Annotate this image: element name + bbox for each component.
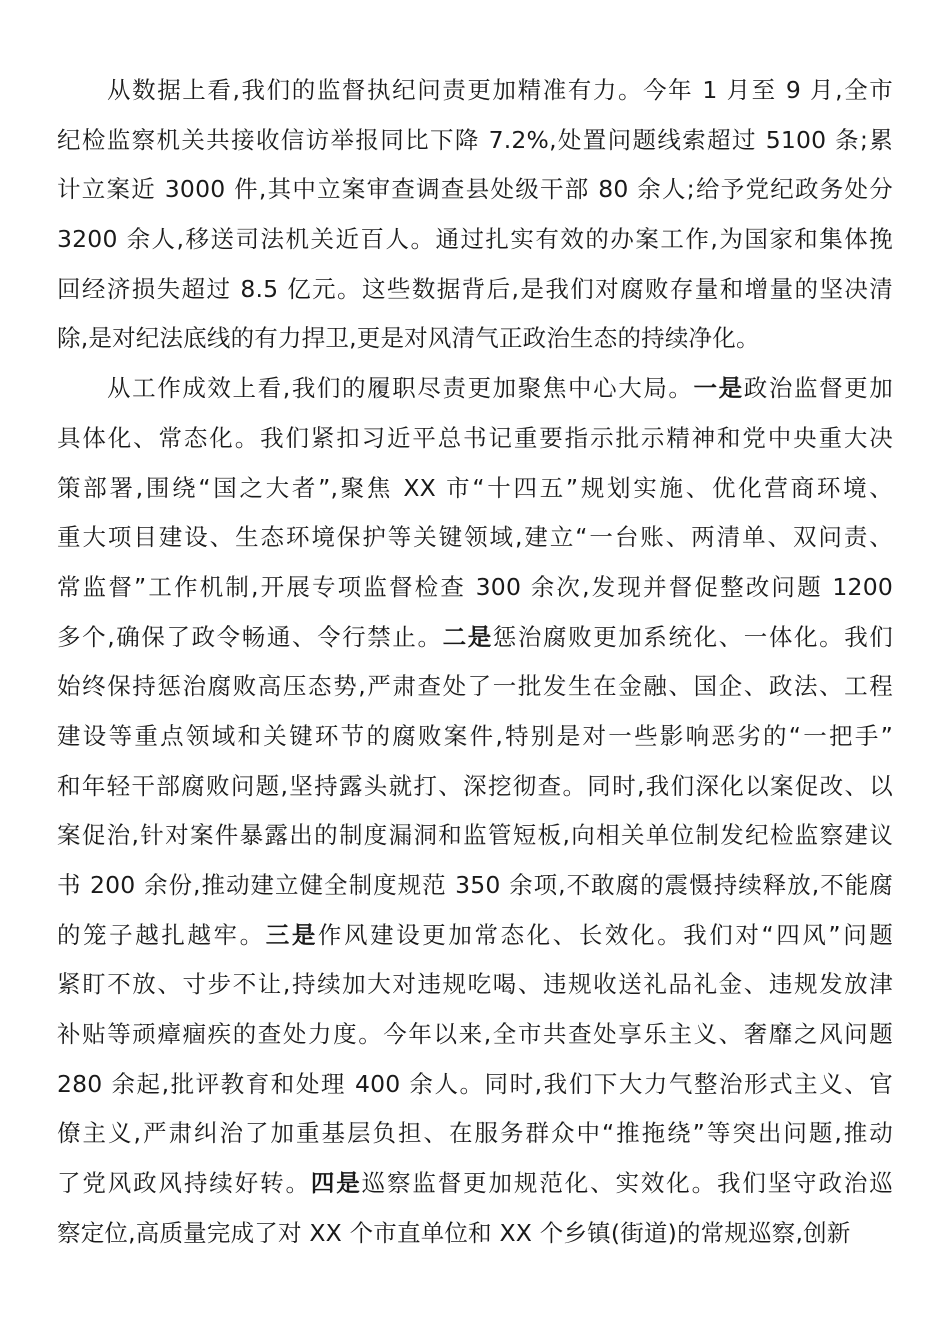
text-line: 策部署,围绕“国之大者”,聚焦 XX 市“十四五”规划实施、优化营商环境、 [57,464,893,514]
text-run: 纪检监察机关共接收信访举报同比下降 7.2%,处置问题线索超过 5100 条;累 [57,126,893,154]
text-line: 和年轻干部腐败问题,坚持露头就打、深挖彻查。同时,我们深化以案促改、以 [57,762,893,812]
text-run: 察定位,高质量完成了对 XX 个市直单位和 XX 个乡镇(街道)的常规巡察,创新 [57,1219,851,1247]
text-line: 常监督”工作机制,开展专项监督检查 300 余次,发现并督促整改问题 1200 [57,563,893,613]
text-line: 补贴等顽瘴痼疾的查处力度。今年以来,全市共查处享乐主义、奢靡之风问题 [57,1010,893,1060]
bold-ordinal-marker: 二是 [443,623,493,651]
text-line: 纪检监察机关共接收信访举报同比下降 7.2%,处置问题线索超过 5100 条;累 [57,116,893,166]
text-line: 僚主义,严肃纠治了加重基层负担、在服务群众中“推拖绕”等突出问题,推动 [57,1109,893,1159]
text-line: 3200 余人,移送司法机关近百人。通过扎实有效的办案工作,为国家和集体挽 [57,215,893,265]
text-run: 除,是对纪法底线的有力捍卫,更是对风清气正政治生态的持续净化。 [57,324,760,352]
text-line: 的笼子越扎越牢。三是作风建设更加常态化、长效化。我们对“四风”问题 [57,911,893,961]
text-run: 书 200 余份,推动建立健全制度规范 350 余项,不敢腐的震慑持续释放,不能… [57,871,893,899]
text-line: 书 200 余份,推动建立健全制度规范 350 余项,不敢腐的震慑持续释放,不能… [57,861,893,911]
text-line: 回经济损失超过 8.5 亿元。这些数据背后,是我们对腐败存量和增量的坚决清 [57,265,893,315]
text-run: 案促治,针对案件暴露出的制度漏洞和监管短板,向相关单位制发纪检监察建议 [57,821,893,849]
text-run: 紧盯不放、寸步不让,持续加大对违规吃喝、违规收送礼品礼金、违规发放津 [57,970,893,998]
text-line: 280 余起,批评教育和处理 400 余人。同时,我们下大力气整治形式主义、官 [57,1060,893,1110]
text-run: 惩治腐败更加系统化、一体化。我们 [493,623,893,651]
text-run: 多个,确保了政令畅通、令行禁止。 [57,623,443,651]
text-run: 重大项目建设、生态环境保护等关键领域,建立“一台账、两清单、双问责、 [57,523,893,551]
text-run: 补贴等顽瘴痼疾的查处力度。今年以来,全市共查处享乐主义、奢靡之风问题 [57,1020,893,1048]
bold-ordinal-marker: 一是 [694,374,744,402]
bold-ordinal-marker: 三是 [266,921,318,949]
text-line: 了党风政风持续好转。四是巡察监督更加规范化、实效化。我们坚守政治巡 [57,1159,893,1209]
text-run: 从工作成效上看,我们的履职尽责更加聚焦中心大局。 [107,374,694,402]
document-page: 从数据上看,我们的监督执纪问责更加精准有力。今年 1 月至 9 月,全市纪检监察… [57,66,893,1259]
text-line: 建设等重点领域和关键环节的腐败案件,特别是对一些影响恶劣的“一把手” [57,712,893,762]
text-run: 始终保持惩治腐败高压态势,严肃查处了一批发生在金融、国企、政法、工程 [57,672,893,700]
text-line: 察定位,高质量完成了对 XX 个市直单位和 XX 个乡镇(街道)的常规巡察,创新 [57,1209,893,1259]
text-run: 建设等重点领域和关键环节的腐败案件,特别是对一些影响恶劣的“一把手” [57,722,893,750]
text-run: 回经济损失超过 8.5 亿元。这些数据背后,是我们对腐败存量和增量的坚决清 [57,275,893,303]
text-line: 重大项目建设、生态环境保护等关键领域,建立“一台账、两清单、双问责、 [57,513,893,563]
text-run: 僚主义,严肃纠治了加重基层负担、在服务群众中“推拖绕”等突出问题,推动 [57,1119,893,1147]
text-line: 始终保持惩治腐败高压态势,严肃查处了一批发生在金融、国企、政法、工程 [57,662,893,712]
text-run: 策部署,围绕“国之大者”,聚焦 XX 市“十四五”规划实施、优化营商环境、 [57,474,893,502]
text-run: 的笼子越扎越牢。 [57,921,266,949]
text-line: 案促治,针对案件暴露出的制度漏洞和监管短板,向相关单位制发纪检监察建议 [57,811,893,861]
text-line: 紧盯不放、寸步不让,持续加大对违规吃喝、违规收送礼品礼金、违规发放津 [57,960,893,1010]
text-run: 巡察监督更加规范化、实效化。我们坚守政治巡 [362,1169,893,1197]
text-line: 计立案近 3000 件,其中立案审查调查县处级干部 80 余人;给予党纪政务处分 [57,165,893,215]
text-line: 从工作成效上看,我们的履职尽责更加聚焦中心大局。一是政治监督更加 [57,364,893,414]
bold-ordinal-marker: 四是 [311,1169,362,1197]
text-run: 常监督”工作机制,开展专项监督检查 300 余次,发现并督促整改问题 1200 [57,573,893,601]
text-line: 从数据上看,我们的监督执纪问责更加精准有力。今年 1 月至 9 月,全市 [57,66,893,116]
text-line: 具体化、常态化。我们紧扣习近平总书记重要指示批示精神和党中央重大决 [57,414,893,464]
text-run: 计立案近 3000 件,其中立案审查调查县处级干部 80 余人;给予党纪政务处分 [57,175,893,203]
text-run: 具体化、常态化。我们紧扣习近平总书记重要指示批示精神和党中央重大决 [57,424,893,452]
paragraph: 从工作成效上看,我们的履职尽责更加聚焦中心大局。一是政治监督更加具体化、常态化。… [57,364,893,1258]
paragraph: 从数据上看,我们的监督执纪问责更加精准有力。今年 1 月至 9 月,全市纪检监察… [57,66,893,364]
text-run: 3200 余人,移送司法机关近百人。通过扎实有效的办案工作,为国家和集体挽 [57,225,893,253]
text-run: 从数据上看,我们的监督执纪问责更加精准有力。今年 1 月至 9 月,全市 [107,76,893,104]
text-run: 政治监督更加 [744,374,893,402]
text-line: 除,是对纪法底线的有力捍卫,更是对风清气正政治生态的持续净化。 [57,314,893,364]
text-line: 多个,确保了政令畅通、令行禁止。二是惩治腐败更加系统化、一体化。我们 [57,613,893,663]
text-run: 作风建设更加常态化、长效化。我们对“四风”问题 [318,921,893,949]
text-run: 和年轻干部腐败问题,坚持露头就打、深挖彻查。同时,我们深化以案促改、以 [57,772,893,800]
text-run: 了党风政风持续好转。 [57,1169,311,1197]
text-run: 280 余起,批评教育和处理 400 余人。同时,我们下大力气整治形式主义、官 [57,1070,893,1098]
